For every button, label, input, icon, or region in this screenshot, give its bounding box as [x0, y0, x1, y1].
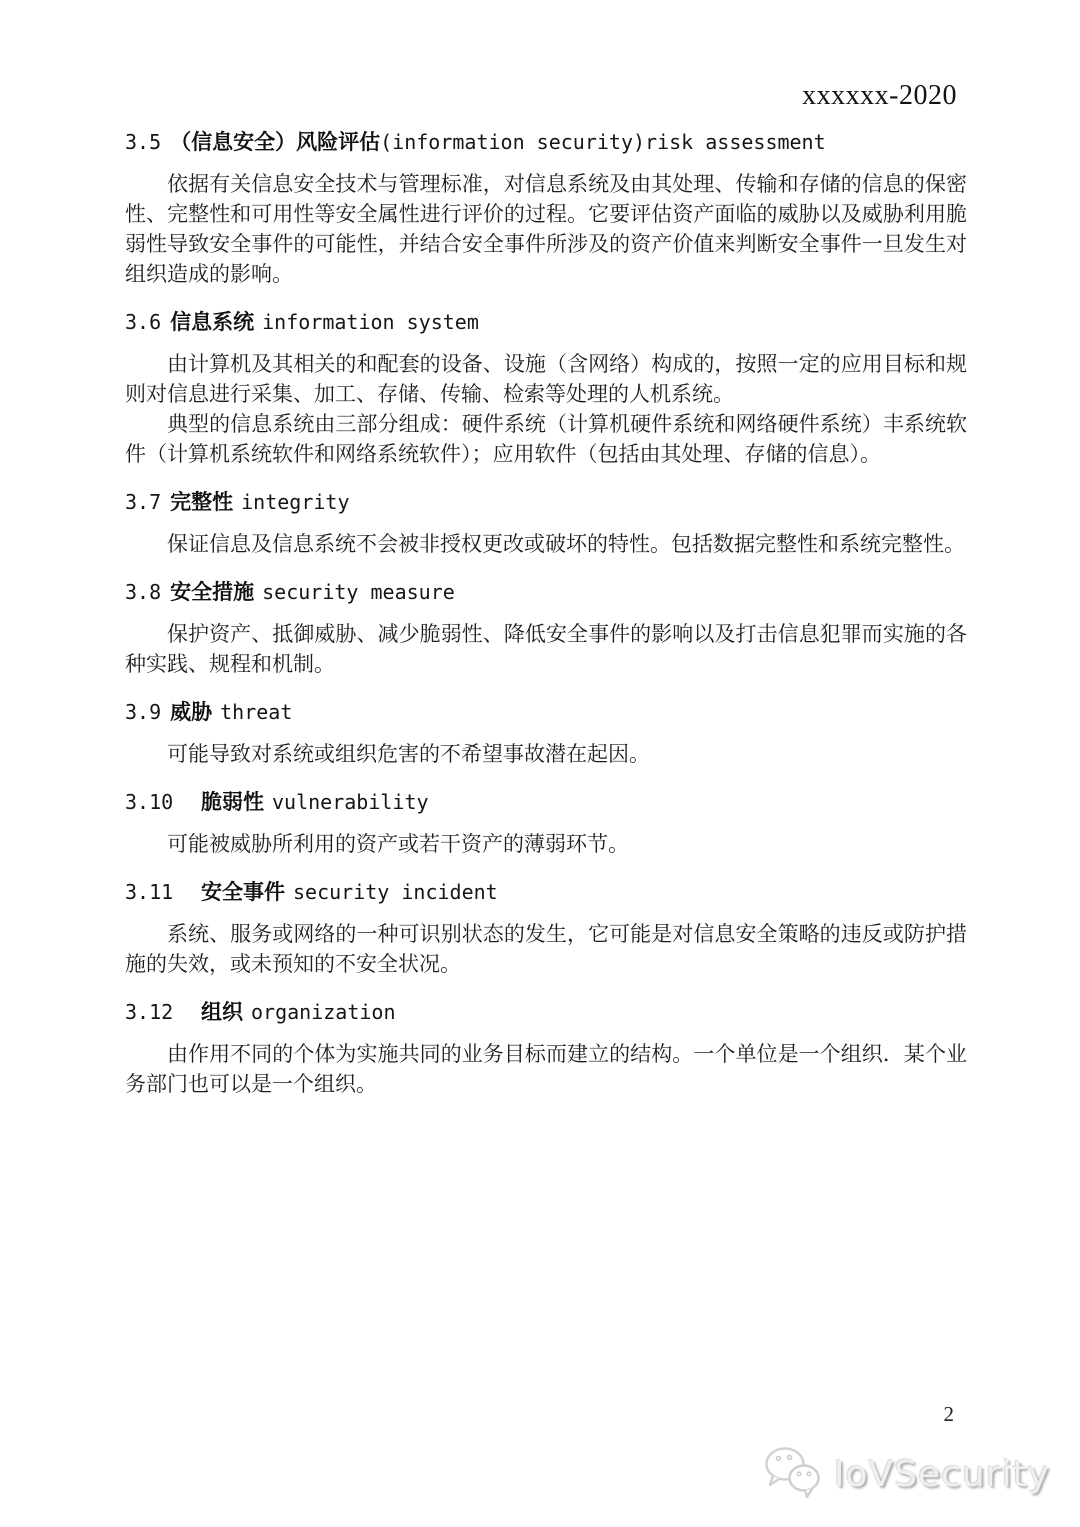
term-chinese: 威胁: [170, 701, 212, 724]
section-paragraph: 依据有关信息安全技术与管理标准，对信息系统及由其处理、传输和存储的信息的保密性、…: [125, 169, 967, 289]
wechat-icon: [764, 1445, 826, 1504]
section-number: 3.5: [125, 130, 161, 154]
term-chinese: 信息系统: [170, 311, 254, 334]
section-number: 3.8: [125, 580, 161, 604]
term-chinese: 安全事件: [201, 881, 285, 904]
term-chinese: 完整性: [170, 491, 233, 514]
term-english: vulnerability: [272, 790, 429, 814]
section-heading: 3.5（信息安全）风险评估(information security)risk …: [125, 126, 967, 156]
term-english: threat: [220, 700, 292, 724]
term-chinese: 安全措施: [170, 581, 254, 604]
section-paragraph: 由计算机及其相关的和配套的设备、设施（含网络）构成的，按照一定的应用目标和规则对…: [125, 349, 967, 409]
section-3.8: 3.8安全措施security measure保护资产、抵御威胁、减少脆弱性、降…: [125, 576, 967, 679]
section-number: 3.9: [125, 700, 161, 724]
section-3.9: 3.9威胁threat可能导致对系统或组织危害的不希望事故潜在起因。: [125, 696, 967, 769]
section-paragraph: 保护资产、抵御威胁、减少脆弱性、降低安全事件的影响以及打击信息犯罪而实施的各种实…: [125, 619, 967, 679]
section-3.10: 3.10脆弱性vulnerability可能被威胁所利用的资产或若干资产的薄弱环…: [125, 786, 967, 859]
section-3.5: 3.5（信息安全）风险评估(information security)risk …: [125, 126, 967, 289]
section-heading: 3.6信息系统information system: [125, 306, 967, 336]
section-number: 3.12: [125, 1000, 201, 1024]
document-page: xxxxxx-2020 3.5（信息安全）风险评估(information se…: [0, 0, 1080, 1527]
section-number: 3.11: [125, 880, 201, 904]
watermark: IoVSecurity: [764, 1445, 1050, 1504]
section-heading: 3.7完整性integrity: [125, 486, 967, 516]
page-number: 2: [944, 1402, 955, 1427]
watermark-label: IoVSecurity: [834, 1454, 1050, 1495]
sections: 3.5（信息安全）风险评估(information security)risk …: [125, 126, 967, 1099]
section-number: 3.6: [125, 310, 161, 334]
section-heading: 3.11安全事件security incident: [125, 876, 967, 906]
section-3.12: 3.12组织organization由作用不同的个体为实施共同的业务目标而建立的…: [125, 996, 967, 1099]
section-paragraph: 可能导致对系统或组织危害的不希望事故潜在起因。: [125, 739, 967, 769]
term-english: security measure: [262, 580, 455, 604]
term-english: organization: [251, 1000, 396, 1024]
section-number: 3.10: [125, 790, 201, 814]
term-chinese: 脆弱性: [201, 791, 264, 814]
section-heading: 3.12组织organization: [125, 996, 967, 1026]
section-paragraph: 保证信息及信息系统不会被非授权更改或破坏的特性。包括数据完整性和系统完整性。: [125, 529, 967, 559]
section-paragraph: 由作用不同的个体为实施共同的业务目标而建立的结构。一个单位是一个组织．某个业务部…: [125, 1039, 967, 1099]
term-english: integrity: [241, 490, 349, 514]
term-chinese: 组织: [201, 1001, 243, 1024]
term-english: security incident: [293, 880, 498, 904]
section-paragraph: 可能被威胁所利用的资产或若干资产的薄弱环节。: [125, 829, 967, 859]
section-heading: 3.10脆弱性vulnerability: [125, 786, 967, 816]
section-3.7: 3.7完整性integrity保证信息及信息系统不会被非授权更改或破坏的特性。包…: [125, 486, 967, 559]
section-paragraph: 典型的信息系统由三部分组成：硬件系统（计算机硬件系统和网络硬件系统）丰系统软件（…: [125, 409, 967, 469]
section-heading: 3.9威胁threat: [125, 696, 967, 726]
term-english: (information security)risk assessment: [380, 130, 826, 154]
section-paragraph: 系统、服务或网络的一种可识别状态的发生，它可能是对信息安全策略的违反或防护措施的…: [125, 919, 967, 979]
term-english: information system: [262, 310, 479, 334]
section-3.6: 3.6信息系统information system由计算机及其相关的和配套的设备…: [125, 306, 967, 469]
term-chinese: （信息安全）风险评估: [170, 131, 380, 154]
section-heading: 3.8安全措施security measure: [125, 576, 967, 606]
section-number: 3.7: [125, 490, 161, 514]
doc-number: xxxxxx-2020: [802, 80, 957, 112]
section-3.11: 3.11安全事件security incident系统、服务或网络的一种可识别状…: [125, 876, 967, 979]
